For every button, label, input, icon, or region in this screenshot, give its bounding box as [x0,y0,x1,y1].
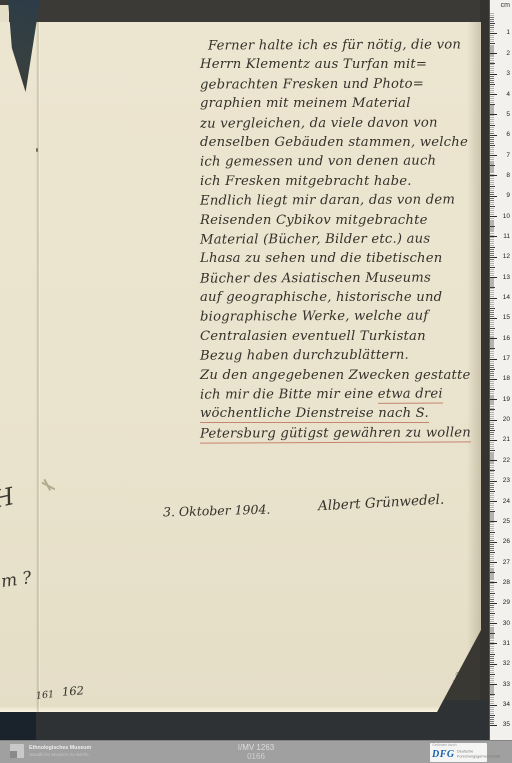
dfg-name-line2: Forschungsgemeinschaft [457,756,500,758]
ruler-number: 34 [498,701,510,708]
letter-line: Centralasien eventuell Turkistan [200,327,478,346]
ruler-half-cm-tick [490,430,495,431]
ruler-number: 7 [498,152,510,159]
ruler-half-cm-tick [490,613,495,614]
ruler-number: 18 [498,375,510,382]
letter-line: biographische Werke, welche auf [200,307,478,328]
letter-line: graphien mit meinem Material [200,94,478,113]
ruler-number: 10 [498,213,510,220]
letter-line: Bezug haben durchzublättern. [200,346,478,367]
ruler-number: 13 [498,274,510,281]
ruler-number: 26 [498,538,510,545]
letter-line: Material (Bücher, Bilder etc.) aus [200,229,478,250]
ruler-half-cm-tick [490,348,495,349]
letter-text: biographische Werke, welche auf [200,309,428,325]
letter-text: graphien mit meinem Material [200,96,411,111]
letter-line: wöchentliche Dienstreise nach S. [200,404,478,423]
ruler-number: 32 [498,660,510,667]
letter-text-red-underlined: Petersburg gütigst gewähren zu wollen [200,425,471,443]
dfg-logo-row: DFG Deutsche Forschungsgemeinschaft [432,750,485,760]
letter-text: ich mir die Bitte mir eine [200,387,378,403]
ruler-number: 24 [498,498,510,505]
ruler-half-cm-tick [490,389,495,390]
ruler-half-cm-tick [490,593,495,594]
ruler-number: 20 [498,416,510,423]
dfg-funded-by-label: Gefördert durch [432,744,459,747]
ruler-unit-label: cm [501,2,510,9]
dfg-acronym: DFG [432,750,455,760]
ruler-number: 28 [498,579,510,586]
ruler-half-cm-tick [490,267,495,268]
letter-line: ich mir die Bitte mir eine etwa drei [200,384,478,405]
letter-line: denselben Gebäuden stammen, welche [200,133,478,152]
ruler-number: 23 [498,477,510,484]
ruler-half-cm-tick [490,186,495,187]
ruler-cm-tick [490,562,497,563]
ruler-half-cm-tick [490,308,495,309]
ruler-cm-tick [490,399,497,400]
ruler-number: 1 [498,29,510,36]
ruler-cm-tick [490,460,497,461]
letter-line: Petersburg gütigst gewähren zu wollen [200,423,478,444]
ruler-half-cm-tick [490,715,495,716]
ruler-number: 30 [498,620,510,627]
ruler-half-cm-tick [490,552,495,553]
letter-text: Ferner halte ich es für nötig, die von [208,37,461,53]
letter-page: Ferner halte ich es für nötig, die vonHe… [0,22,481,712]
ruler-cm-tick [490,705,497,706]
ruler-half-cm-tick [490,511,495,512]
letter-text: gebrachten Fresken und Photo= [200,76,424,92]
ruler-cm-tick [490,521,497,522]
ruler-cm-tick [490,664,497,665]
ruler-half-cm-tick [490,654,495,655]
ruler-half-cm-tick [490,572,495,573]
previous-page-ink-fragment-bottom: m ? [0,568,33,592]
ruler-number: 12 [498,253,510,260]
binding-crease [36,22,40,712]
ruler-number: 15 [498,314,510,321]
letter-line: Zu den angegebenen Zwecken gestatte [200,366,478,385]
ruler-half-cm-tick [490,491,495,492]
ruler-number: 22 [498,457,510,464]
letter-text: Centralasien eventuell Turkistan [200,329,426,344]
letter-date: 3. Oktober 1904. [163,502,271,520]
ruler-half-cm-tick [490,247,495,248]
scan-bed-top-band [0,0,490,22]
ruler-number: 11 [498,233,510,240]
letter-line: Bücher des Asiatischen Museums [200,268,478,289]
ruler-half-cm-tick [490,23,495,24]
ruler-number: 6 [498,131,510,138]
letter-text-red-underlined: wöchentliche Dienstreise nach S. [200,406,429,423]
ruler-cm-tick [490,236,497,237]
handwritten-letter: Ferner halte ich es für nötig, die vonHe… [200,36,478,443]
ruler-half-cm-tick [490,470,495,471]
ruler-half-cm-tick [490,532,495,533]
ruler-cm-tick [490,379,497,380]
letter-text: Lhasa zu sehen und die tibetischen [200,251,442,266]
letter-line: gebrachten Fresken und Photo= [200,74,478,95]
ruler-number: 19 [498,396,510,403]
ruler-half-cm-tick [490,328,495,329]
ruler-cm-tick [490,155,497,156]
page-number-162: 162 [62,683,85,698]
ruler-number: 29 [498,599,510,606]
letter-signature: Albert Grünwedel. [318,492,445,515]
ruler: cm 1234567891011121314151617181920212223… [489,0,512,740]
ruler-cm-tick [490,420,497,421]
ruler-cm-tick [490,603,497,604]
letter-line: ich Fresken mitgebracht habe. [200,172,478,191]
ruler-half-cm-tick [490,694,495,695]
ruler-cm-tick [490,481,497,482]
ruler-cm-tick [490,338,497,339]
letter-text: zu vergleichen, da viele davon von [200,115,438,131]
ruler-half-cm-tick [490,125,495,126]
scan-stage: Ferner halte ich es für nötig, die vonHe… [0,0,512,763]
ruler-half-cm-tick [490,43,495,44]
ruler-number: 8 [498,172,510,179]
ruler-number: 2 [498,50,510,57]
ruler-half-cm-tick [490,409,495,410]
ruler-half-cm-tick [490,145,495,146]
letter-text: ich gemessen und von denen auch [200,154,436,170]
dfg-full-name: Deutsche Forschungsgemeinschaft [457,750,512,759]
archive-footer-bar: Ethnologisches Museum Staatliche Museen … [0,740,512,763]
ruler-cm-tick [490,684,497,685]
letter-text-red-underlined: etwa drei [378,387,443,404]
ruler-number: 27 [498,559,510,566]
ruler-half-cm-tick [490,674,495,675]
letter-line: Ferner halte ich es für nötig, die von [200,35,478,56]
letter-text: auf geographische, historische und [200,290,442,305]
letter-text: ich Fresken mitgebracht habe. [200,174,412,189]
ruler-cm-tick [490,359,497,360]
letter-text: Material (Bücher, Bilder etc.) aus [200,232,430,248]
ruler-half-cm-tick [490,84,495,85]
ruler-cm-tick [490,33,497,34]
letter-line: zu vergleichen, da viele davon von [200,113,478,134]
dfg-logo-box: Gefördert durch DFG Deutsche Forschungsg… [430,743,487,762]
stitch-hole [36,148,38,152]
ruler-cm-tick [490,501,497,502]
letter-text: Endlich liegt mir daran, das von dem [200,193,455,209]
letter-text: denselben Gebäuden stammen, welche [200,135,468,150]
ruler-half-cm-tick [490,165,495,166]
ruler-cm-tick [490,114,497,115]
ruler-cm-tick [490,94,497,95]
letter-lines: Ferner halte ich es für nötig, die vonHe… [200,36,478,443]
ruler-cm-tick [490,53,497,54]
letter-text: Herrn Klementz aus Turfan mit= [200,57,427,72]
ruler-half-cm-tick [490,450,495,451]
ruler-cm-tick [490,74,497,75]
letter-line: Herrn Klementz aus Turfan mit= [200,55,478,74]
ruler-half-cm-tick [490,104,495,105]
ruler-half-cm-tick [490,63,495,64]
ruler-cm-tick [490,298,497,299]
letter-line: Endlich liegt mir daran, das von dem [200,191,478,212]
letter-line: Lhasa zu sehen und die tibetischen [200,249,478,268]
ruler-cm-tick [490,135,497,136]
ruler-cm-tick [490,318,497,319]
ruler-number: 16 [498,335,510,342]
ruler-half-cm-tick [490,206,495,207]
ruler-cm-tick [490,196,497,197]
ruler-number: 25 [498,518,510,525]
previous-page-ink-fragment-top: H [0,482,17,514]
ruler-number: 17 [498,355,510,362]
ruler-cm-tick [490,725,497,726]
page-number-161: 161 [35,689,54,702]
ruler-half-cm-tick [490,369,495,370]
ruler-number: 14 [498,294,510,301]
ruler-cm-tick [490,175,497,176]
page-bottom-shade [0,706,481,712]
ruler-cm-tick [490,643,497,644]
ruler-cm-tick [490,216,497,217]
ruler-number: 5 [498,111,510,118]
letter-line: Reisenden Cybikov mitgebrachte [200,211,478,230]
letter-line: auf geographische, historische und [200,288,478,307]
ruler-number: 4 [498,91,510,98]
ruler-cm-tick [490,257,497,258]
letter-text: Bezug haben durchzublättern. [200,348,409,364]
ruler-number: 31 [498,640,510,647]
letter-text: Bücher des Asiatischen Museums [200,270,431,286]
ruler-number: 33 [498,681,510,688]
ruler-number: 35 [498,721,510,728]
ruler-cm-tick [490,440,497,441]
ruler-cm-tick [490,582,497,583]
ruler-number: 3 [498,70,510,77]
ruler-half-cm-tick [490,633,495,634]
ruler-number: 9 [498,192,510,199]
letter-text: Reisenden Cybikov mitgebrachte [200,213,428,228]
ruler-half-cm-tick [490,287,495,288]
ruler-number: 21 [498,436,510,443]
ruler-cm-tick [490,623,497,624]
ruler-cm-tick [490,542,497,543]
letter-text: Zu den angegebenen Zwecken gestatte [200,368,471,383]
letter-line: ich gemessen und von denen auch [200,152,478,173]
ruler-half-cm-tick [490,226,495,227]
dfg-name-line1: Deutsche [457,751,500,753]
ruler-cm-tick [490,277,497,278]
